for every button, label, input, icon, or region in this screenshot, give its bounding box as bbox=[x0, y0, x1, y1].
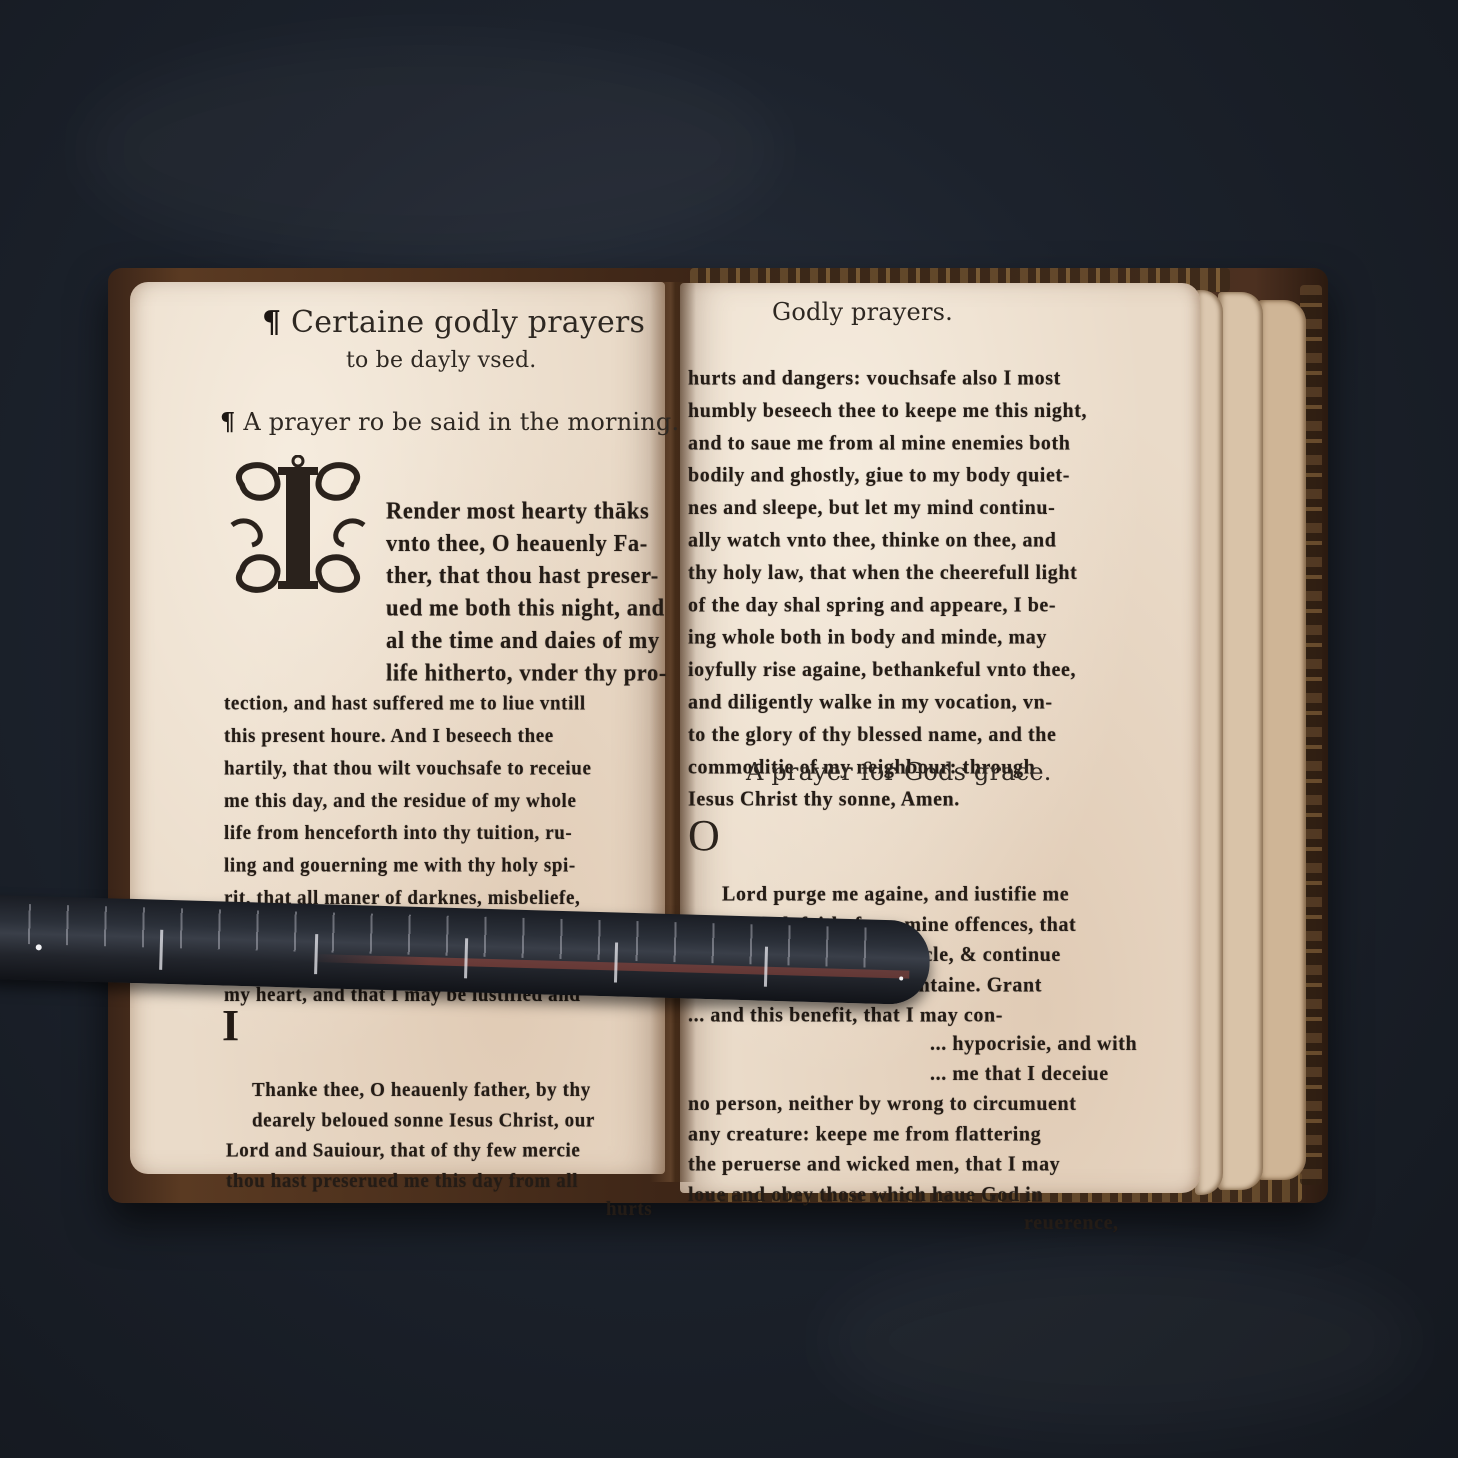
text-line: and to saue me from al mine enemies both bbox=[688, 432, 1071, 454]
ruler-major-tick bbox=[314, 934, 318, 974]
ruler-tip-glint bbox=[899, 976, 903, 980]
page-block-edge bbox=[1258, 300, 1306, 1180]
text-line: no person, neither by wrong to circumuen… bbox=[688, 1093, 1077, 1115]
ruler-rivet bbox=[36, 944, 42, 950]
text-line: al the time and daies of my bbox=[386, 629, 660, 653]
left-page-title: ¶ Certaine godly prayers bbox=[262, 308, 645, 338]
text-line: ... hypocrisie, and with bbox=[930, 1032, 1137, 1054]
running-head: Godly prayers. bbox=[772, 300, 953, 324]
ruler-major-tick bbox=[464, 938, 468, 978]
text-line: dearely beloued sonne Iesus Christ, our bbox=[252, 1110, 595, 1131]
page-block-edge bbox=[1218, 292, 1263, 1190]
background-cloth-fold bbox=[80, 40, 780, 260]
pilcrow-icon: ¶ bbox=[262, 305, 281, 340]
text-line: life from henceforth into thy tuition, r… bbox=[224, 823, 572, 844]
ornamental-drop-cap bbox=[222, 455, 374, 600]
text-line: any creature: keepe me from flattering bbox=[688, 1123, 1041, 1145]
text-line: hurts and dangers: vouchsafe also I most bbox=[688, 367, 1061, 389]
text-line: thou hast preserued me this day from all bbox=[226, 1171, 578, 1192]
left-page-title-line2: to be dayly vsed. bbox=[346, 350, 536, 372]
text-line: vnto thee, O heauenly Fa- bbox=[386, 531, 648, 555]
text-line: ... and this benefit, that I may con- bbox=[688, 1004, 1003, 1026]
text-line: to the glory of thy blessed name, and th… bbox=[688, 724, 1057, 746]
text-line: ... me that I deceiue bbox=[930, 1063, 1109, 1085]
ruler-major-tick bbox=[159, 930, 163, 970]
text-line: the peruerse and wicked men, that I may bbox=[688, 1153, 1060, 1175]
text-line: ing whole both in body and minde, may bbox=[688, 626, 1047, 648]
morning-prayer-heading: ¶ A prayer ro be said in the morning. bbox=[220, 410, 679, 434]
gods-grace-heading: A prayer for Gods grace. bbox=[746, 760, 1052, 784]
evening-prayer-initial: I bbox=[222, 1000, 239, 1051]
text-line: loue and obey those which haue God in bbox=[688, 1184, 1043, 1206]
text-line: me this day, and the residue of my whole bbox=[224, 791, 576, 812]
text-line: humbly beseech thee to keepe me this nig… bbox=[688, 400, 1087, 422]
text-line: tection, and hast suffered me to liue vn… bbox=[224, 693, 586, 714]
text-line: Lord purge me againe, and iustifie me bbox=[722, 883, 1069, 905]
text-line: Render most hearty thāks bbox=[386, 499, 649, 523]
text-line: ioyfully rise againe, bethankeful vnto t… bbox=[688, 659, 1076, 681]
grace-prayer-initial: O bbox=[688, 810, 720, 861]
text-line: life hitherto, vnder thy pro- bbox=[386, 661, 667, 685]
text-line: Iesus Christ thy sonne, Amen. bbox=[688, 788, 960, 810]
text-line: Lord and Sauiour, that of thy few mercie bbox=[226, 1140, 580, 1161]
text-line: ued me both this night, and bbox=[386, 596, 665, 620]
ornament-i-icon bbox=[222, 455, 374, 600]
text-line: ally watch vnto thee, thinke on thee, an… bbox=[688, 529, 1057, 551]
catchword: hurts bbox=[606, 1199, 652, 1220]
ruler-major-tick bbox=[764, 947, 768, 987]
text-line: bodily and ghostly, giue to my body quie… bbox=[688, 464, 1070, 486]
text-line: reuerence, bbox=[1024, 1212, 1119, 1234]
text-line: ther, that thou hast preser- bbox=[386, 564, 659, 588]
ruler-major-tick bbox=[614, 942, 618, 982]
text-line: thy holy law, that when the cheerefull l… bbox=[688, 562, 1077, 584]
text-line: and diligently walke in my vocation, vn- bbox=[688, 691, 1053, 713]
pilcrow-icon: ¶ bbox=[220, 407, 235, 436]
text-line: this present houre. And I beseech thee bbox=[224, 726, 554, 747]
text-line: hartily, that thou wilt vouchsafe to rec… bbox=[224, 758, 592, 779]
background-cloth-fold bbox=[820, 1250, 1420, 1430]
text-line: Thanke thee, O heauenly father, by thy bbox=[252, 1080, 591, 1101]
text-line: nes and sleepe, but let my mind continu- bbox=[688, 497, 1055, 519]
text-line: ling and gouerning me with thy holy spi- bbox=[224, 855, 576, 876]
text-line: of the day shal spring and appeare, I be… bbox=[688, 594, 1056, 616]
